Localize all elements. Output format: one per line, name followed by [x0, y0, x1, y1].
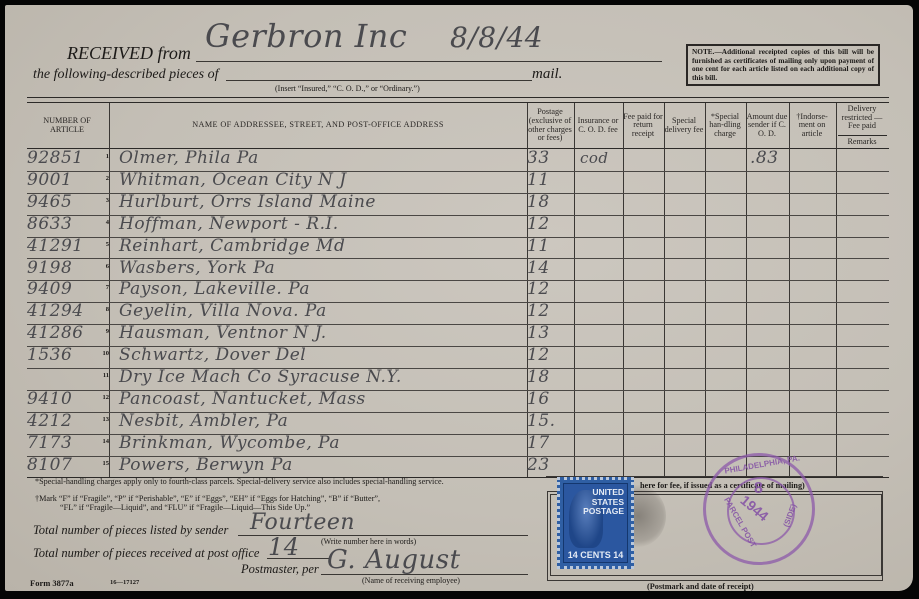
- note-box: NOTE.—Additional receipted copies of thi…: [686, 44, 880, 86]
- addressee: Dry Ice Mach Co Syracuse N.Y.: [119, 367, 402, 387]
- row-number: 2: [97, 175, 109, 182]
- article-number: 9465: [27, 192, 95, 212]
- row-number: 4: [97, 219, 109, 226]
- row-number: 8: [97, 306, 109, 313]
- article-number: 4212: [27, 411, 95, 431]
- article-number: 8107: [27, 455, 95, 475]
- receipt-form: RECEIVED from Gerbron Inc 8/8/44 the fol…: [5, 5, 913, 591]
- stamp-country: UNITEDSTATESPOSTAGE: [583, 488, 624, 517]
- addressee: Hausman, Ventnor N J.: [119, 323, 327, 343]
- col-header-article-number: NUMBER OF ARTICLE: [27, 103, 107, 148]
- postmaster-hint: (Name of receiving employee): [362, 576, 460, 585]
- postage-value: 12: [527, 345, 550, 365]
- col-header-insurance: Insurance or C. O. D. fee: [574, 103, 622, 148]
- article-number: 7173: [27, 433, 95, 453]
- addressee: Reinhart, Cambridge Md: [119, 236, 345, 256]
- addressee: Whitman, Ocean City N J: [119, 170, 347, 190]
- addressee: Brinkman, Wycombe, Pa: [119, 433, 340, 453]
- article-number: 8633: [27, 214, 95, 234]
- row-number: 14: [97, 438, 109, 445]
- table-row: 94097Payson, Lakeville. Pa12: [27, 280, 889, 303]
- table-row: 86334Hoffman, Newport - R.I.12: [27, 215, 889, 238]
- addressee: Nesbit, Ambler, Pa: [119, 411, 288, 431]
- postage-value: 13: [527, 323, 550, 343]
- mail-label: mail.: [532, 66, 562, 83]
- col-header-postage: Postage (exclusive of other charges or f…: [527, 103, 573, 148]
- postage-value: 11: [527, 170, 550, 190]
- table-row: 91986Wasbers, York Pa14: [27, 259, 889, 282]
- row-number: 11: [97, 372, 109, 379]
- form-code: 16—17127: [110, 579, 139, 586]
- table-row: 11Dry Ice Mach Co Syracuse N.Y.18: [27, 368, 889, 391]
- table-row: 94653Hurlburt, Orrs Island Maine18: [27, 193, 889, 216]
- postage-value: 14: [527, 258, 550, 278]
- row-number: 3: [97, 197, 109, 204]
- postage-value: 12: [527, 279, 550, 299]
- form-number: Form 3877a: [30, 578, 74, 588]
- postage-value: 23: [527, 455, 550, 475]
- total-listed-value: Fourteen: [250, 510, 355, 535]
- received-from-value: Gerbron Inc: [205, 17, 407, 55]
- postage-stamp: UNITEDSTATESPOSTAGE 14 CENTS 14: [557, 477, 634, 569]
- received-from-line: [196, 61, 662, 62]
- row-number: 1: [97, 153, 109, 160]
- col-header-special-handling: *Special han-dling charge: [705, 103, 745, 148]
- postage-value: 33: [527, 148, 550, 168]
- pieces-of-line: [226, 80, 532, 81]
- table-row: 153610Schwartz, Dover Del12: [27, 346, 889, 369]
- total-received-value: 14: [268, 533, 300, 561]
- postmark-day: 8: [754, 480, 763, 498]
- row-number: 6: [97, 263, 109, 270]
- postage-value: 15.: [527, 411, 556, 431]
- insert-hint: (Insert “Insured,” “C. O. D.,” or “Ordin…: [275, 84, 420, 93]
- table-row: 421213Nesbit, Ambler, Pa15.: [27, 412, 889, 435]
- postage-value: 12: [527, 301, 550, 321]
- postage-value: 17: [527, 433, 550, 453]
- col-header-remarks: Remarks: [836, 136, 888, 148]
- addressee: Hoffman, Newport - R.I.: [119, 214, 339, 234]
- article-number: 9409: [27, 279, 95, 299]
- row-number: 9: [97, 328, 109, 335]
- postmark-circle: PHILADELPHIA, PA. 8 1944 PARCEL POST (SI…: [703, 453, 815, 565]
- article-number: 9410: [27, 389, 95, 409]
- table-row: 90012Whitman, Ocean City N J11: [27, 171, 889, 194]
- date-value: 8/8/44: [450, 21, 543, 54]
- addressee: Geyelin, Villa Nova. Pa: [119, 301, 327, 321]
- insurance-value: cod: [580, 149, 609, 167]
- row-number: 5: [97, 241, 109, 248]
- amount-due-value: .83: [750, 148, 779, 168]
- stamp-frame: UNITEDSTATESPOSTAGE 14 CENTS 14: [563, 483, 628, 563]
- article-number: 92851: [27, 148, 95, 168]
- table-row: 412915Reinhart, Cambridge Md11: [27, 237, 889, 260]
- article-number: 9198: [27, 258, 95, 278]
- pieces-of-label: the following-described pieces of: [33, 67, 218, 83]
- total-received-label: Total number of pieces received at post …: [33, 546, 259, 561]
- row-number: 12: [97, 394, 109, 401]
- article-number: 1536: [27, 345, 95, 365]
- table-row: 412948Geyelin, Villa Nova. Pa12: [27, 302, 889, 325]
- row-number: 15: [97, 460, 109, 467]
- stamp-value: 14 CENTS 14: [566, 550, 625, 560]
- addressee: Hurlburt, Orrs Island Maine: [119, 192, 376, 212]
- addressee: Pancoast, Nantucket, Mass: [119, 389, 366, 409]
- postmaster-signature: G. August: [327, 545, 461, 575]
- total-listed-label: Total number of pieces listed by sender: [33, 523, 228, 538]
- col-header-return-receipt: Fee paid for return receipt: [623, 103, 663, 148]
- row-number: 13: [97, 416, 109, 423]
- addressee: Wasbers, York Pa: [119, 258, 275, 278]
- addressee: Schwartz, Dover Del: [119, 345, 306, 365]
- col-header-amount-due: Amount due sender if C. O. D.: [746, 103, 788, 148]
- table-row: 928511Olmer, Phila Pa33cod.83: [27, 149, 889, 172]
- col-header-indorsement: †Indorse-ment on article: [789, 103, 835, 148]
- table-row: 941012Pancoast, Nantucket, Mass16: [27, 390, 889, 413]
- postmark-hint: (Postmark and date of receipt): [647, 582, 754, 591]
- postage-value: 18: [527, 367, 550, 387]
- postmaster-label: Postmaster, per: [241, 562, 319, 577]
- received-from-label: RECEIVED from: [67, 43, 191, 64]
- addressee: Payson, Lakeville. Pa: [119, 279, 310, 299]
- addressee: Olmer, Phila Pa: [119, 148, 259, 168]
- row-number: 7: [97, 284, 109, 291]
- article-number: 41291: [27, 236, 95, 256]
- postage-value: 18: [527, 192, 550, 212]
- special-handling-footnote: *Special-handling charges apply only to …: [35, 478, 540, 487]
- col-header-delivery-restricted: Delivery restricted —Fee paid: [836, 103, 888, 133]
- article-number: 41294: [27, 301, 95, 321]
- col-header-address: NAME OF ADDRESSEE, STREET, AND POST-OFFI…: [109, 103, 527, 148]
- row-number: 10: [97, 350, 109, 357]
- table-row: 412869Hausman, Ventnor N J.13: [27, 324, 889, 347]
- col-header-special-delivery: Special delivery fee: [664, 103, 704, 148]
- postage-value: 11: [527, 236, 550, 256]
- addressee: Powers, Berwyn Pa: [119, 455, 293, 475]
- postage-value: 16: [527, 389, 550, 409]
- article-number: 41286: [27, 323, 95, 343]
- article-number: 9001: [27, 170, 95, 190]
- postage-value: 12: [527, 214, 550, 234]
